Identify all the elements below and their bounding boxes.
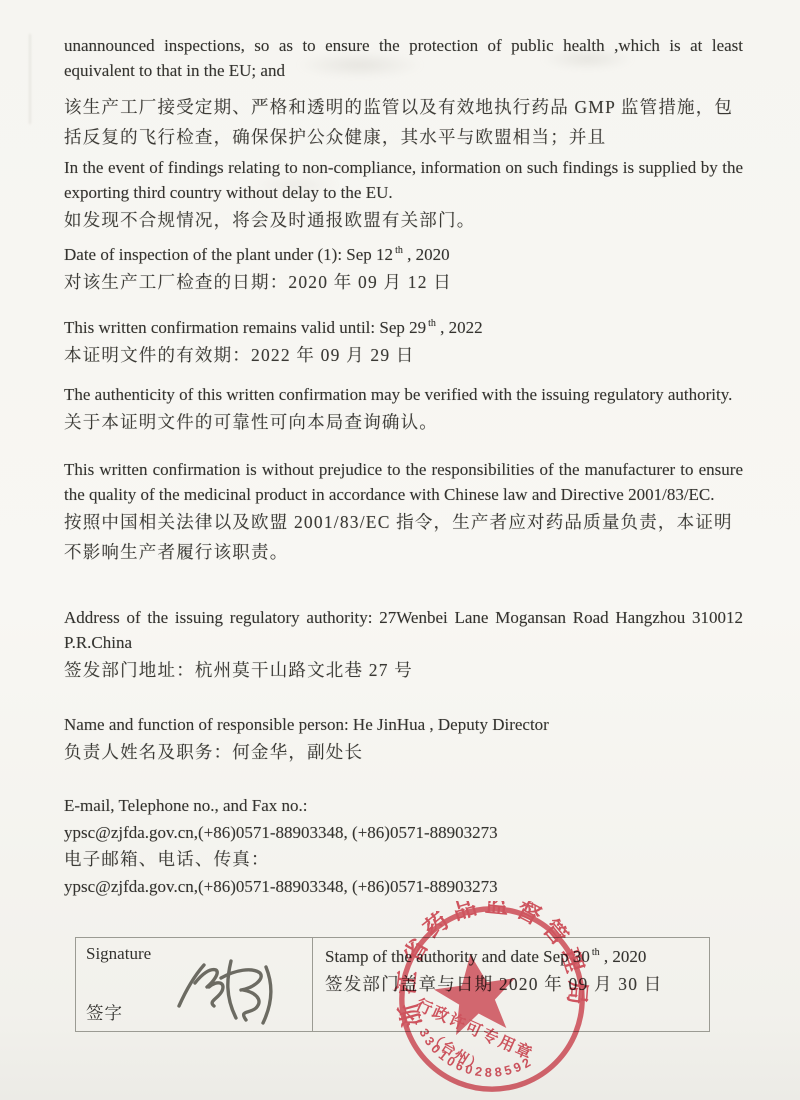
authenticity-en: The authenticity of this written confirm… — [64, 382, 743, 407]
inspection-date-block: Date of inspection of the plant under (1… — [64, 242, 743, 297]
inspection-date-en-text: Date of inspection of the plant under (1… — [64, 245, 393, 264]
contact-label-cn: 电子邮箱、电话、传真： — [64, 846, 743, 873]
paragraph-unannounced: unannounced inspections, so as to ensure… — [64, 33, 743, 83]
stamp-date-en: Stamp of the authority and date Sep 30th… — [325, 944, 697, 970]
contact-label-en: E-mail, Telephone no., and Fax no.: — [64, 792, 743, 819]
valid-until-block: This written confirmation remains valid … — [64, 315, 743, 370]
signature-label-cn: 签字 — [86, 1000, 123, 1025]
inspection-date-superscript: th — [395, 245, 403, 256]
paragraph-gmp-cn-text: 该生产工厂接受定期、严格和透明的监管以及有效地执行药品 GMP 监管措施，包括反… — [64, 92, 743, 152]
stamp-serial-number: 3301060288592 — [416, 1026, 535, 1080]
inspection-date-en: Date of inspection of the plant under (1… — [64, 242, 743, 267]
valid-until-en-text: This written confirmation remains valid … — [64, 318, 426, 337]
address-cn: 签发部门地址：杭州莫干山路文北巷 27 号 — [64, 655, 743, 685]
stamp-cell: Stamp of the authority and date Sep 30th… — [313, 938, 709, 1031]
valid-until-en: This written confirmation remains valid … — [64, 315, 743, 340]
paragraph-noncompliance-cn: 如发现不合规情况，将会及时通报欧盟有关部门。 — [64, 205, 743, 235]
valid-until-en-year: , 2022 — [436, 318, 483, 337]
paragraph-unannounced-en: unannounced inspections, so as to ensure… — [64, 33, 743, 83]
inspection-date-en-year: , 2020 — [403, 245, 450, 264]
contact-line2: ypsc@zjfda.gov.cn,(+86)0571-88903348, (+… — [64, 873, 743, 900]
svg-text:3301060288592: 3301060288592 — [416, 1026, 535, 1080]
contact-block: E-mail, Telephone no., and Fax no.: ypsc… — [64, 792, 743, 900]
responsible-person-cn: 负责人姓名及职务：何金华，副处长 — [64, 737, 743, 767]
inspection-date-cn: 对该生产工厂检查的日期：2020 年 09 月 12 日 — [64, 267, 743, 297]
paragraph-noncompliance-en: In the event of findings relating to non… — [64, 155, 743, 205]
address-block: Address of the issuing regulatory author… — [64, 605, 743, 685]
responsible-person-block: Name and function of responsible person:… — [64, 712, 743, 767]
address-en: Address of the issuing regulatory author… — [64, 605, 743, 655]
stamp-date-en-text: Stamp of the authority and date Sep 30 — [325, 947, 590, 966]
prejudice-cn: 按照中国相关法律以及欧盟 2001/83/EC 指令，生产者应对药品质量负责，本… — [64, 507, 743, 567]
valid-until-superscript: th — [428, 318, 436, 329]
prejudice-block: This written confirmation is without pre… — [64, 457, 743, 567]
scanned-document-page: unannounced inspections, so as to ensure… — [0, 0, 800, 1100]
stamp-date-superscript: th — [592, 947, 600, 958]
signature-handwriting — [165, 952, 290, 1027]
valid-until-cn: 本证明文件的有效期：2022 年 09 月 29 日 — [64, 340, 743, 370]
paragraph-noncompliance: In the event of findings relating to non… — [64, 155, 743, 235]
responsible-person-en: Name and function of responsible person:… — [64, 712, 743, 737]
scan-crease-artifact — [29, 34, 31, 124]
prejudice-en: This written confirmation is without pre… — [64, 457, 743, 507]
contact-line1: ypsc@zjfda.gov.cn,(+86)0571-88903348, (+… — [64, 819, 743, 846]
stamp-city-text: （台州） — [425, 1029, 486, 1077]
authenticity-block: The authenticity of this written confirm… — [64, 382, 743, 437]
stamp-date-en-year: , 2020 — [600, 947, 647, 966]
authenticity-cn: 关于本证明文件的可靠性可向本局查询确认。 — [64, 407, 743, 437]
paragraph-gmp-cn: 该生产工厂接受定期、严格和透明的监管以及有效地执行药品 GMP 监管措施，包括反… — [64, 92, 743, 152]
stamp-date-cn: 签发部门盖章与日期 2020 年 09 月 30 日 — [325, 970, 697, 998]
